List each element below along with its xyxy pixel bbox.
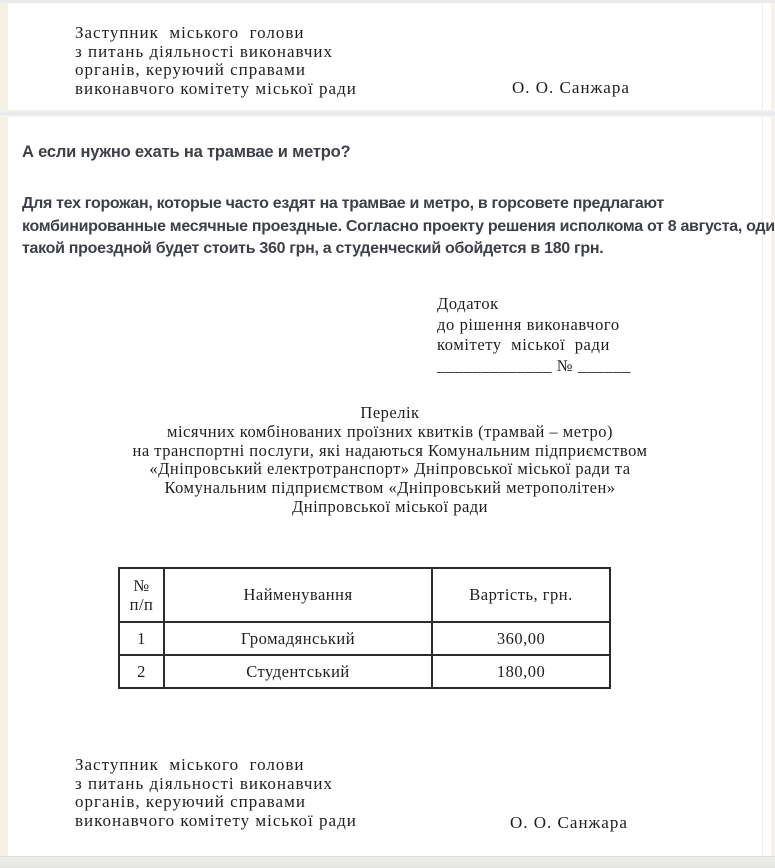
signature-line: Заступник міського голови [75, 756, 357, 775]
annex-blank-long: _____________ [437, 356, 552, 375]
signature-line: з питань діяльності виконавчих [75, 775, 357, 794]
signature-line: виконавчого комітету міської ради [75, 812, 357, 831]
top-signature-block: Заступник міського голови з питань діяль… [75, 24, 357, 98]
table-row: 2 Студентський 180,00 [119, 655, 610, 688]
heading-line: Дніпровської міської ради [35, 498, 745, 517]
col-header-name: Найменування [164, 568, 432, 622]
table-header-row: № п/п Найменування Вартість, грн. [119, 568, 610, 622]
heading-line: на транспортні послуги, які надаються Ко… [35, 442, 745, 461]
article-paragraph-line: такой проездной будет стоить 360 грн, а … [22, 238, 775, 261]
signature-name: О. О. Санжара [512, 78, 630, 98]
heading-line: Комунальним підприємством «Дніпровський … [35, 479, 745, 498]
signature-line: Заступник міського голови [75, 24, 357, 43]
page-right-edge [771, 0, 775, 868]
article-paragraph-line: комбинированные месячные проездные. Согл… [22, 216, 775, 239]
signature-line: з питань діяльності виконавчих [75, 43, 357, 62]
annex-block: Додаток до рішення виконавчого комітету … [437, 294, 631, 376]
signature-line: органів, керуючий справами [75, 61, 357, 80]
section-seam [0, 110, 775, 117]
signature-line: виконавчого комітету міської ради [75, 80, 357, 99]
bottom-signature-block: Заступник міського голови з питань діяль… [75, 756, 357, 830]
signature-line: органів, керуючий справами [75, 793, 357, 812]
num-header-line1: № [120, 576, 163, 595]
list-heading: Перелік місячних комбінованих проїзних к… [35, 404, 745, 517]
cell-price: 360,00 [432, 622, 610, 655]
annex-number-line: _____________ № ______ [437, 356, 631, 377]
heading-line: Перелік [35, 404, 745, 423]
signature-name: О. О. Санжара [510, 813, 628, 833]
cell-price: 180,00 [432, 655, 610, 688]
page-bottom-band [0, 856, 775, 868]
page-top-edge [0, 0, 775, 3]
cell-name: Студентський [164, 655, 432, 688]
annex-line: Додаток [437, 294, 631, 315]
cell-num: 2 [119, 655, 164, 688]
annex-blank-short: ______ [578, 356, 631, 375]
col-header-price: Вартість, грн. [432, 568, 610, 622]
cell-num: 1 [119, 622, 164, 655]
annex-number-sign: № [552, 356, 578, 375]
heading-line: місячних комбінованих проїзних квитків (… [35, 423, 745, 442]
page-right-line [762, 0, 763, 868]
tariff-table: № п/п Найменування Вартість, грн. 1 Гром… [118, 567, 611, 689]
article-paragraph-line: Для тех горожан, которые часто ездят на … [22, 193, 775, 216]
document-page: { "colors": { "page_bg": "#ffffff", "edg… [0, 0, 775, 868]
table-row: 1 Громадянський 360,00 [119, 622, 610, 655]
num-header-line2: п/п [120, 595, 163, 614]
article-paragraph: Для тех горожан, которые часто ездят на … [22, 193, 775, 261]
annex-line: комітету міської ради [437, 335, 631, 356]
heading-line: «Дніпровський електротранспорт» Дніпровс… [35, 460, 745, 479]
annex-line: до рішення виконавчого [437, 315, 631, 336]
cell-name: Громадянський [164, 622, 432, 655]
col-header-num: № п/п [119, 568, 164, 622]
page-left-edge [0, 0, 8, 868]
article-question: А если нужно ехать на трамвае и метро? [22, 143, 350, 162]
